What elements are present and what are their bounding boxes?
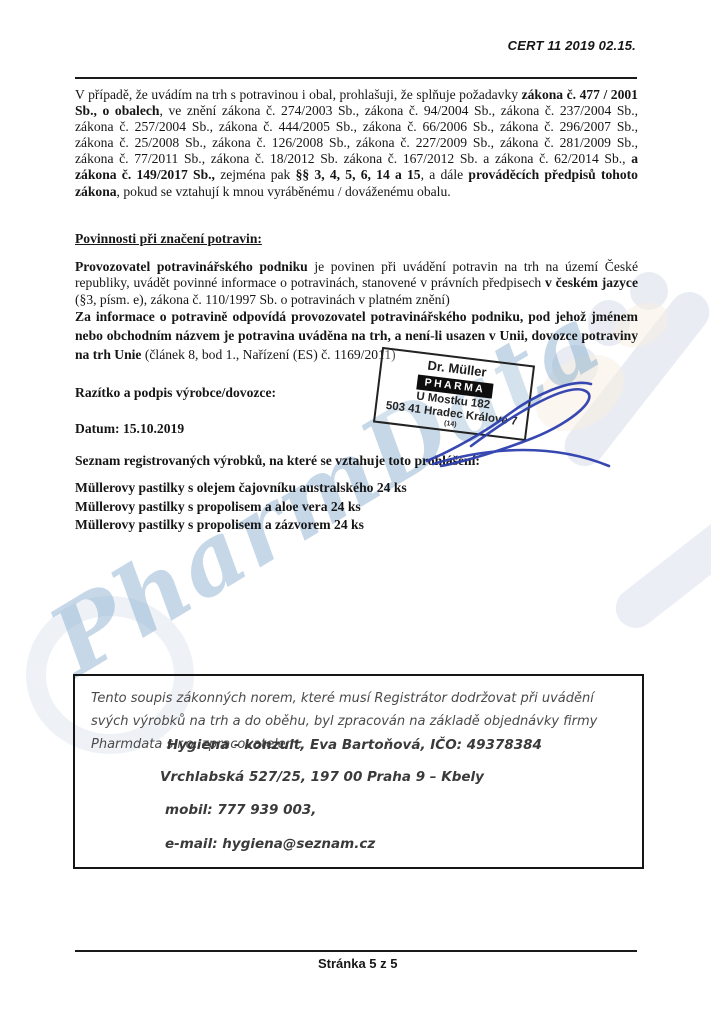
processor-mobile: mobil: 777 939 003,: [165, 802, 316, 818]
stamp-signature-label: Razítko a podpis výrobce/dovozce:: [75, 385, 276, 401]
responsibility-paragraph: Za informace o potravině odpovídá provoz…: [75, 308, 638, 364]
footer-divider: [75, 950, 637, 952]
header-divider: [75, 77, 637, 79]
product-line: Müllerovy pastilky s olejem čajovníku au…: [75, 479, 407, 498]
processor-company: Hygiena - konzult, Eva Bartoňová, IČO: 4…: [167, 737, 542, 753]
packaging-declaration-paragraph: V případě, že uvádím na trh s potravinou…: [75, 87, 638, 200]
processor-note-box: Tento soupis zákonných norem, které musí…: [73, 674, 644, 869]
product-line: Müllerovy pastilky s propolisem a aloe v…: [75, 498, 407, 517]
scanned-document-page: PharmData CERT 11 2019 02.15. V případě,…: [0, 0, 711, 1024]
signature-scribble-icon: [413, 376, 613, 472]
watermark-blob: [608, 500, 711, 636]
product-line: Müllerovy pastilky s propolisem a zázvor…: [75, 516, 407, 535]
processor-address: Vrchlabská 527/25, 197 00 Praha 9 – Kbel…: [160, 769, 484, 785]
document-reference: CERT 11 2019 02.15.: [0, 38, 636, 53]
date-line: Datum: 15.10.2019: [75, 421, 184, 437]
labeling-obligation-paragraph: Provozovatel potravinářského podniku je …: [75, 259, 638, 308]
product-list: Müllerovy pastilky s olejem čajovníku au…: [75, 479, 407, 535]
page-number: Stránka 5 z 5: [318, 956, 398, 971]
processor-email: e-mail: hygiena@seznam.cz: [165, 836, 375, 852]
labeling-section-heading: Povinnosti při značení potravin:: [75, 231, 262, 247]
